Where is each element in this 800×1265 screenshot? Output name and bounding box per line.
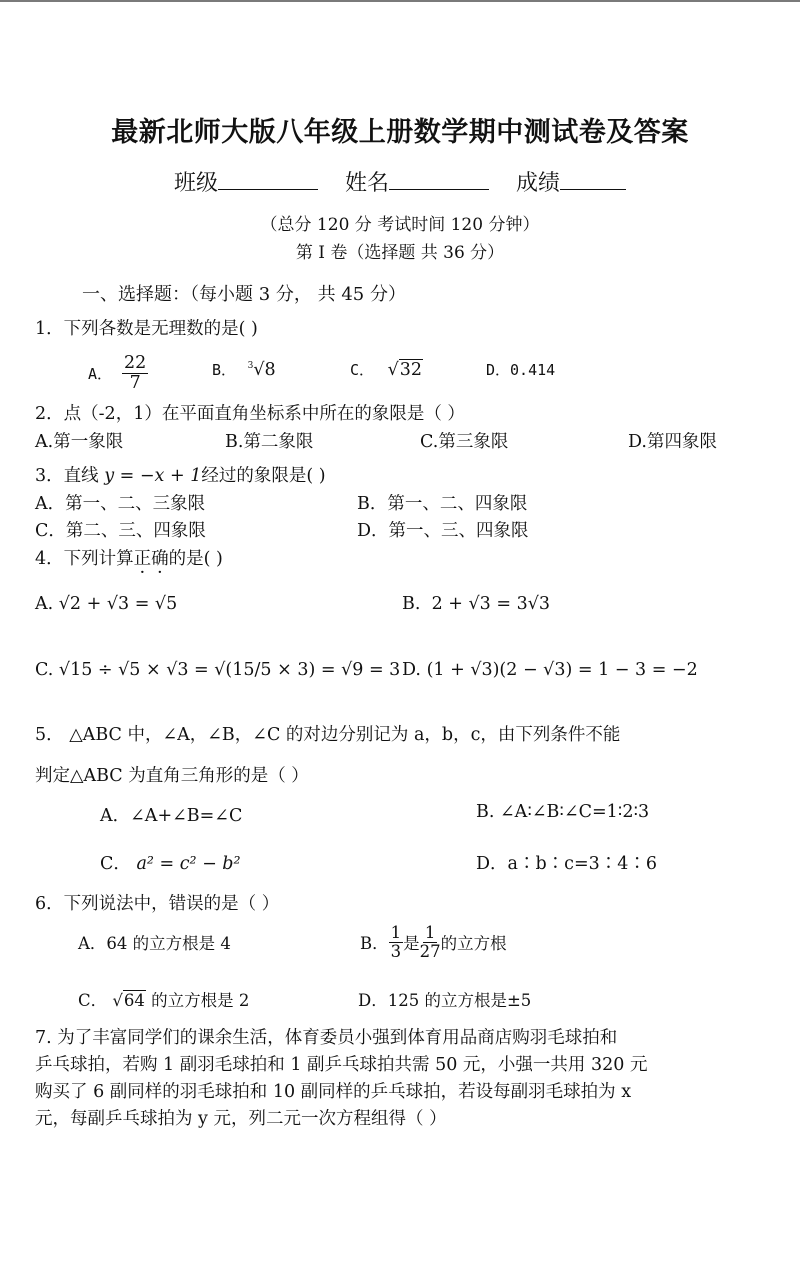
question-1-option-d: D．0.414 [486,359,555,380]
question-6-stem: 6．下列说法中，错误的是（ ） [35,890,279,915]
question-1-option-c: C． √32 [350,359,423,380]
question-1-option-a: A． 227 [88,348,148,398]
question-3-option-d: D．第一、三、四象限 [357,517,529,542]
question-6-option-a: A．64 的立方根是 4 [78,930,231,954]
question-text: 下列各数是无理数的是( ) [64,319,258,339]
emphasis-mark: 确 [151,549,169,569]
question-3-option-c: C．第二、三、四象限 [35,517,206,542]
question-2-option-c: C.第三象限 [420,428,508,453]
question-7-line-1: 7. 为了丰富同学们的课余生活，体育委员小强到体育用品商店购羽毛球拍和 [35,1024,617,1049]
question-number: 1． [35,319,64,339]
question-2-option-b: B.第二象限 [225,428,313,453]
question-6-option-c: C． √64 的立方根是 2 [78,987,249,1011]
class-field[interactable]: 班级 [174,171,318,196]
question-7-line-3: 购买了 6 副同样的羽毛球拍和 10 副同样的乒乓球拍，若设每副羽毛球拍为 x [35,1078,631,1103]
fraction-22-7: 227 [122,354,148,392]
question-5-option-c: C． a² = c² − b² [100,850,241,875]
question-5-stem-line-2: 判定△ABC 为直角三角形的是（ ） [35,762,309,787]
student-info-fields: 班级 姓名 成绩 [0,166,800,197]
question-4-option-d: D. (1 + √3)(2 − √3) = 1 − 3 = −2 [402,660,698,680]
name-blank[interactable] [389,171,489,190]
volume-label: 第 I 卷（选择题 共 36 分） [0,238,800,263]
question-6-option-b: B． 13 是 127 的立方根 [360,918,507,966]
question-1-stem: 1．下列各数是无理数的是( ) [35,315,258,340]
question-2-option-d: D.第四象限 [628,428,717,453]
exam-info: （总分 120 分 考试时间 120 分钟） [0,210,800,235]
top-border-line [0,0,800,2]
name-field[interactable]: 姓名 [345,171,489,196]
question-1-option-b: B． 3√8 [212,359,276,380]
question-3-stem: 3．直线 y = −x + 1经过的象限是( ) [35,462,326,487]
section-heading: 一、选择题：（每小题 3 分， 共 45 分） [82,280,406,306]
score-label: 成绩 [516,171,560,196]
question-5-option-b: B. ∠A∶∠B∶∠C=1∶2∶3 [476,802,649,822]
fraction-1-3: 13 [389,924,404,960]
fraction-1-27: 127 [420,924,441,960]
question-2-stem: 2．点（-2，1）在平面直角坐标系中所在的象限是（ ） [35,400,465,425]
score-blank[interactable] [560,171,626,190]
question-7-line-4: 元，每副乒乓球拍为 y 元，列二元一次方程组得（ ） [35,1105,447,1130]
emphasis-mark: 正 [134,549,152,569]
name-label: 姓名 [345,171,389,196]
question-4-option-c: C. √15 ÷ √5 × √3 = √(15/5 × 3) = √9 = 3 [35,660,400,680]
question-5-option-d: D．a∶b∶c=3∶4∶6 [476,850,657,875]
question-3-option-a: A．第一、二、三象限 [35,490,205,515]
question-4-option-b: B. 2 + √3 = 3√3 [402,594,550,614]
score-field[interactable]: 成绩 [516,171,626,196]
class-blank[interactable] [218,171,318,190]
question-4-option-a: A. √2 + √3 = √5 [35,594,177,614]
class-label: 班级 [174,171,218,196]
question-7-line-2: 乒乓球拍，若购 1 副羽毛球拍和 1 副乒乓球拍共需 50 元，小强一共用 32… [35,1051,647,1076]
question-2-option-a: A.第一象限 [35,428,123,453]
question-3-option-b: B．第一、二、四象限 [357,490,527,515]
document-title: 最新北师大版八年级上册数学期中测试卷及答案 [0,110,800,149]
question-6-option-d: D．125 的立方根是±5 [358,987,531,1011]
question-5-option-a: A．∠A+∠B=∠C [100,802,242,827]
equation: y = −x + 1 [104,466,201,486]
question-4-stem: 4．下列计算正确的是( ) [35,545,223,570]
question-5-stem-line-1: 5． △ABC 中，∠A，∠B，∠C 的对边分别记为 a，b，c，由下列条件不能 [35,721,620,746]
